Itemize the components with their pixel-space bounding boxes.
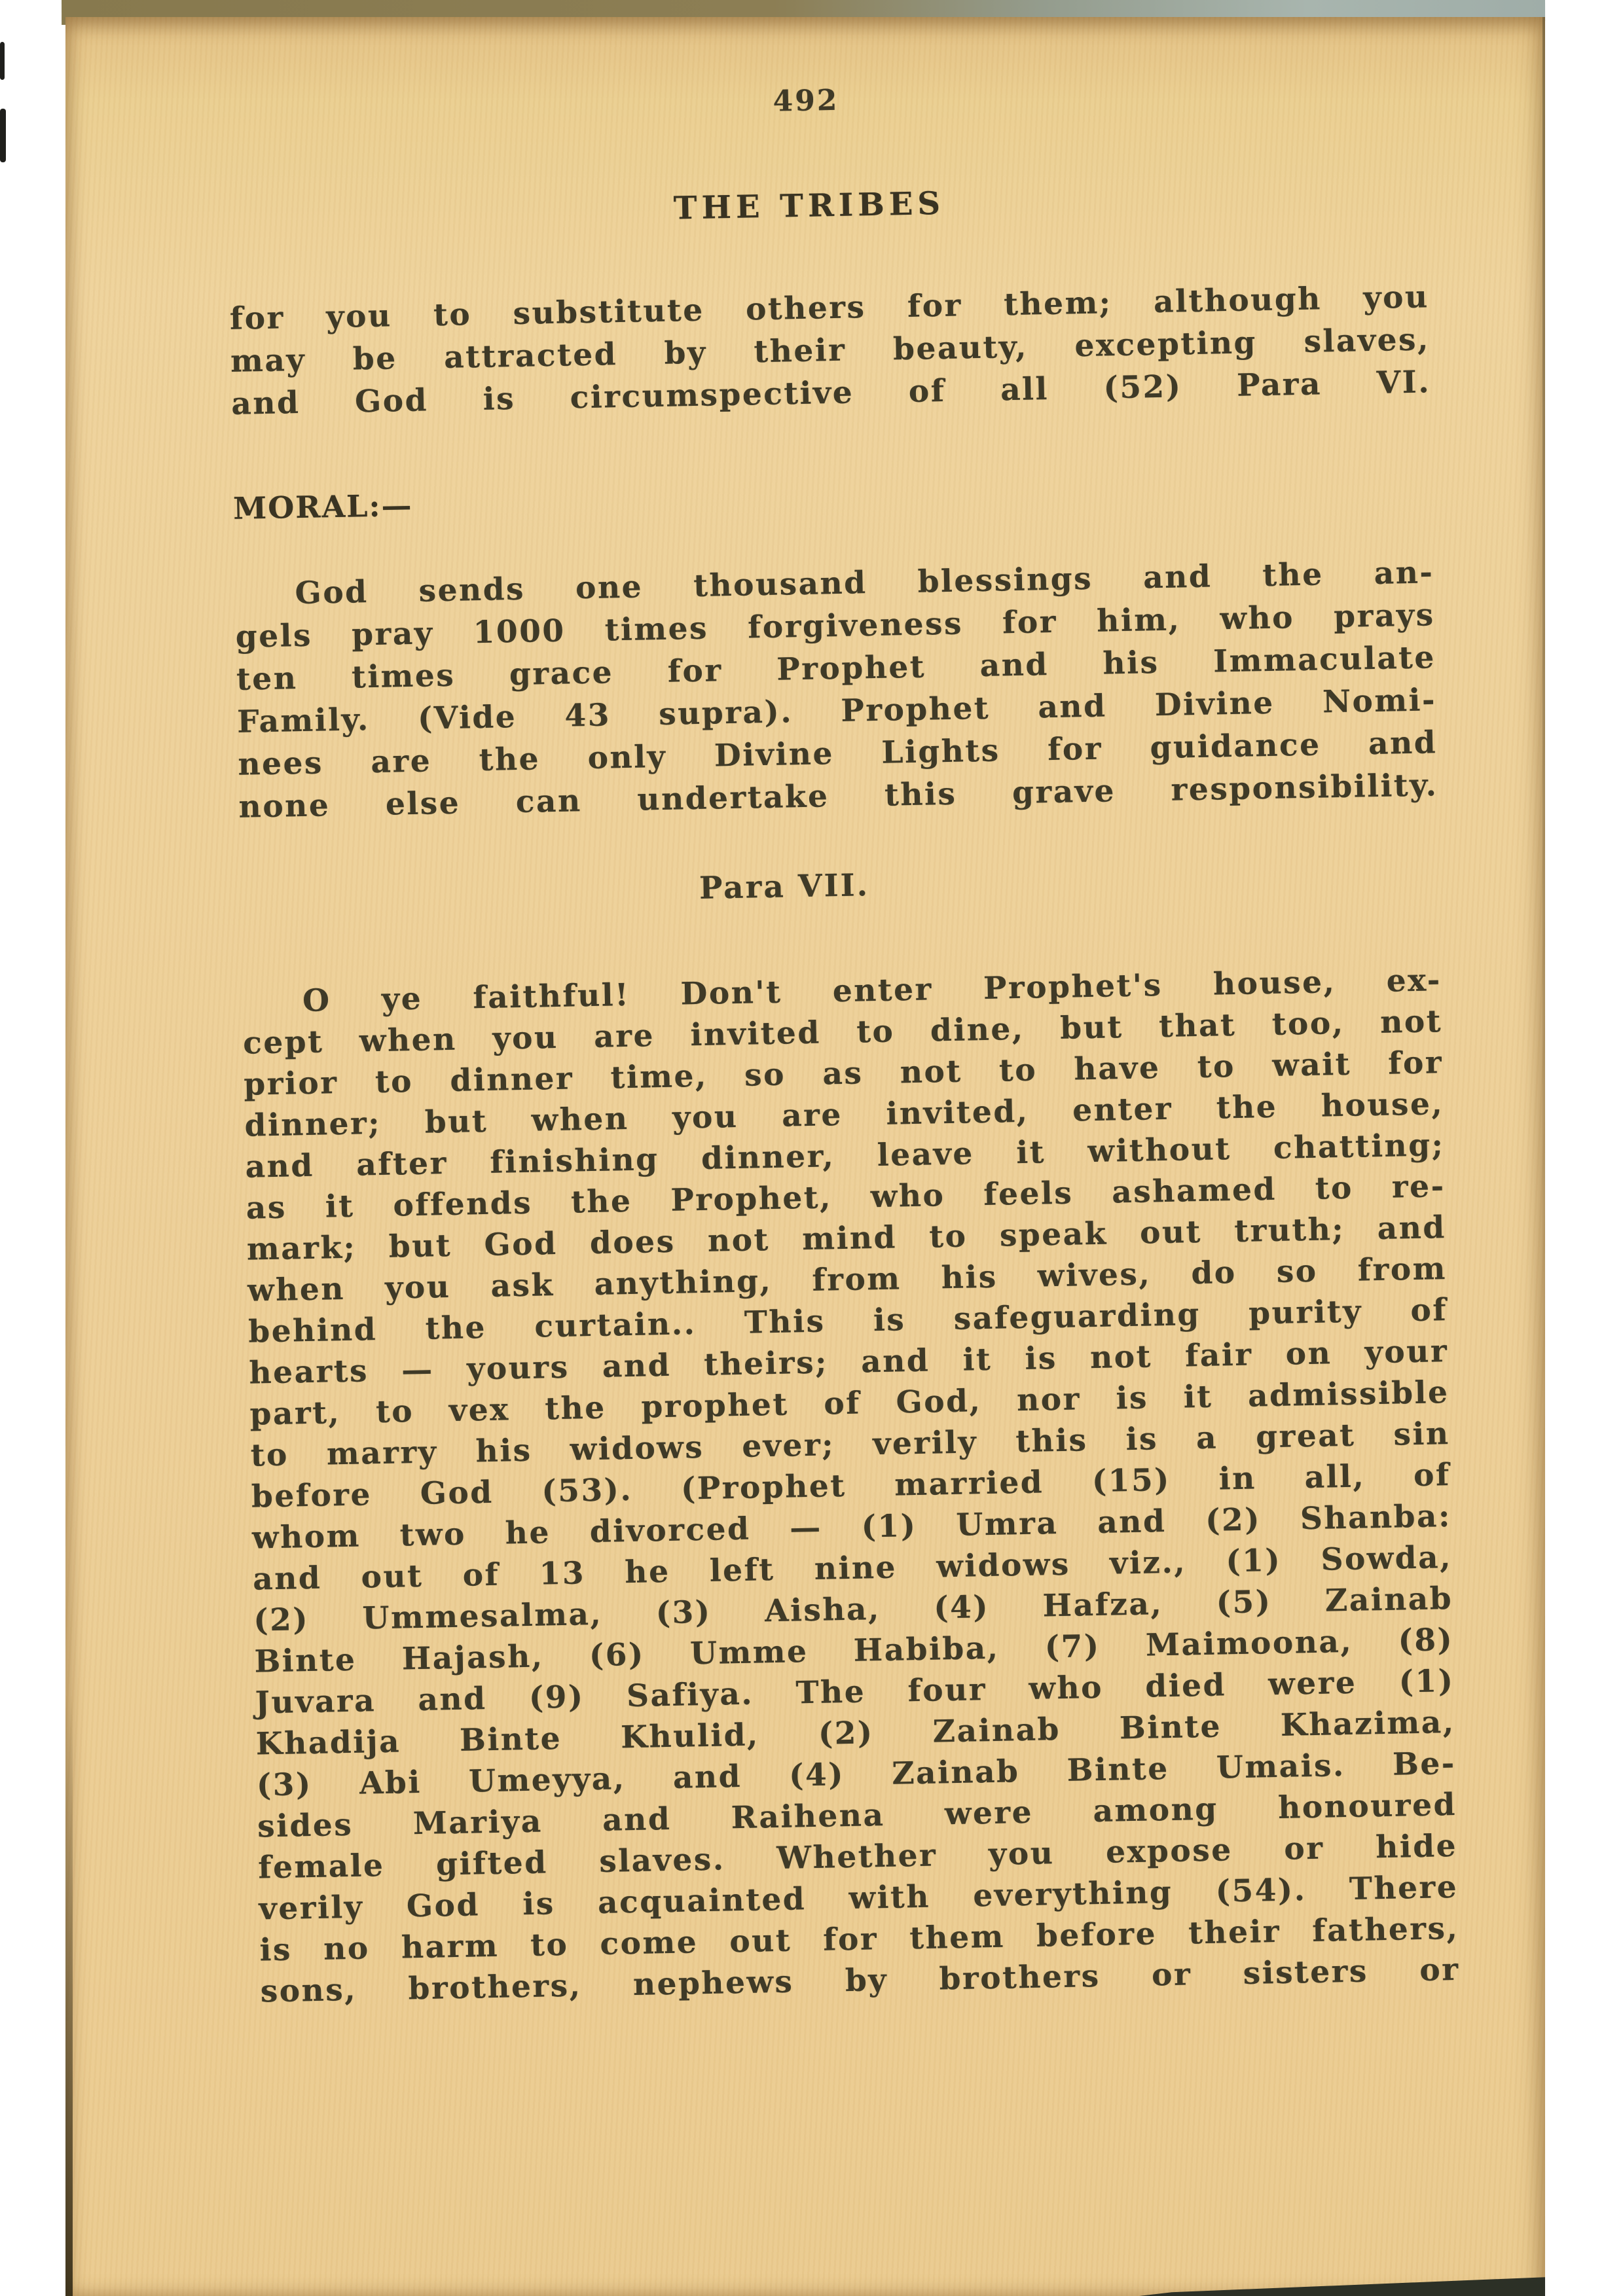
moral-paragraph: God sends one thousand blessings and the… — [234, 551, 1438, 829]
moral-heading: MORAL:— — [233, 469, 1433, 526]
scan-artifact-mark — [0, 42, 5, 80]
scan-artifact-mark — [0, 109, 6, 162]
scan-bottom-corner-shadow — [1139, 2272, 1545, 2296]
intro-paragraph: for you to substitute others for them; a… — [229, 276, 1431, 425]
spine-shadow — [65, 1694, 73, 2296]
scanned-book-photo: 492 THE TRIBES for you to substitute oth… — [0, 0, 1623, 2296]
book-page: 492 THE TRIBES for you to substitute oth… — [65, 17, 1545, 2296]
para-vii-paragraph: O ye faithful! Don't enter Prophet's hou… — [242, 960, 1461, 2012]
para-vii-heading: Para VII. — [240, 857, 1440, 915]
page-title: THE TRIBES — [228, 176, 1428, 235]
page-text-block: 492 THE TRIBES for you to substitute oth… — [226, 73, 1460, 2012]
page-number: 492 — [226, 73, 1426, 129]
page-right-edge-shadow — [1542, 17, 1545, 1430]
